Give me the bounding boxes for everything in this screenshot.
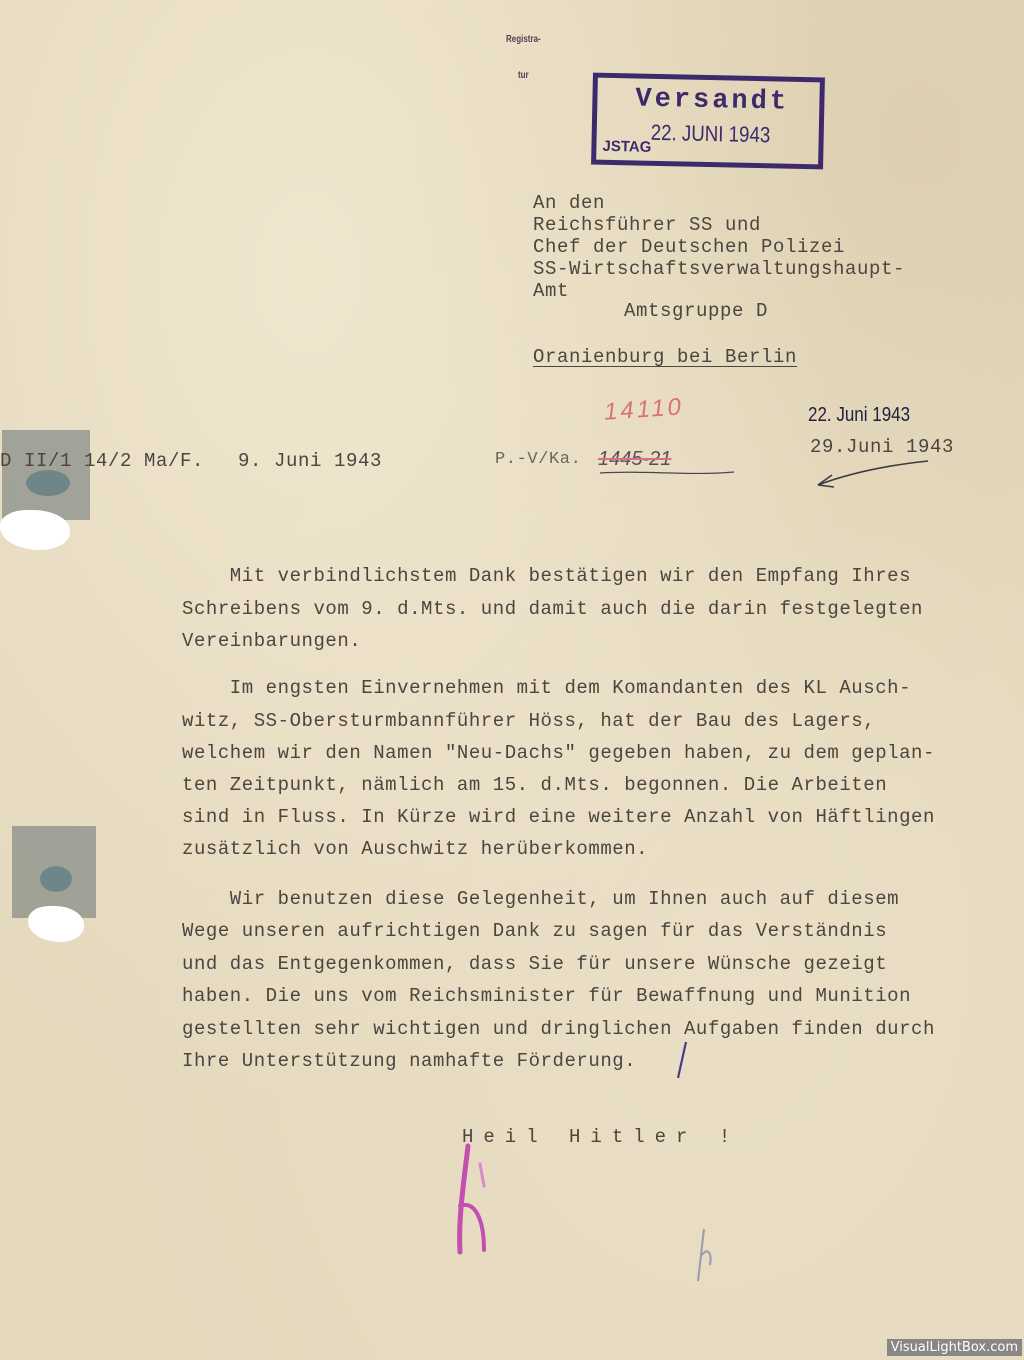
registratur-stamp: Registra- tur: [506, 10, 541, 94]
registratur-line-2: tur: [506, 70, 541, 82]
body-line: gestellten sehr wichtigen und dringliche…: [182, 1018, 935, 1040]
recipient-line: SS-Wirtschaftsverwaltungshaupt-: [533, 258, 905, 280]
recipient-department: Amtsgruppe D: [624, 300, 768, 322]
their-date: 9. Juni 1943: [238, 450, 382, 472]
recipient-line: An den: [533, 192, 605, 214]
stamp-code: JSTAG: [602, 138, 651, 156]
body-line: ten Zeitpunkt, nämlich am 15. d.Mts. beg…: [182, 774, 887, 796]
paper-hole: [0, 510, 70, 550]
body-line: Im engsten Einvernehmen mit dem Komandan…: [182, 677, 911, 699]
body-line: haben. Die uns vom Reichsminister für Be…: [182, 985, 911, 1007]
gray-pencil-mark-icon: [690, 1225, 720, 1285]
versandt-stamp: Versandt 22. JUNI 1943 JSTAG: [591, 73, 825, 170]
body-line: welchem wir den Namen "Neu-Dachs" gegebe…: [182, 742, 935, 764]
stain-spot: [26, 470, 70, 496]
arrow-annotation-icon: [810, 455, 930, 495]
reference-underline-icon: [598, 468, 738, 478]
body-line: witz, SS-Obersturmbannführer Höss, hat d…: [182, 710, 875, 732]
pink-pencil-mark-icon: [440, 1140, 520, 1260]
stamp-date: 22. JUNI 1943: [650, 120, 770, 148]
registratur-line-1: Registra-: [506, 34, 541, 46]
body-line: und das Entgegenkommen, dass Sie für uns…: [182, 953, 887, 975]
body-line: Ihre Unterstützung namhafte Förderung.: [182, 1050, 636, 1072]
body-line: Wege unseren aufrichtigen Dank zu sagen …: [182, 920, 887, 942]
paper-hole: [28, 906, 84, 942]
body-line: Wir benutzen diese Gelegenheit, um Ihnen…: [182, 888, 899, 910]
stain-spot: [40, 866, 72, 892]
watermark: VisualLightBox.com: [887, 1339, 1022, 1356]
recipient-line: Chef der Deutschen Polizei: [533, 236, 845, 258]
body-line: Mit verbindlichstem Dank bestätigen wir …: [182, 565, 911, 587]
recipient-line: Amt: [533, 280, 569, 302]
purple-slash-mark-icon: [672, 1040, 692, 1080]
recipient-location: Oranienburg bei Berlin: [533, 346, 797, 368]
body-line: zusätzlich von Auschwitz herüberkommen.: [182, 838, 648, 860]
red-annotation: 14110: [603, 393, 685, 427]
received-stamp: 22. Juni 1943: [808, 404, 910, 427]
our-reference-prefix: P.-V/Ka.: [495, 450, 581, 469]
body-line: sind in Fluss. In Kürze wird eine weiter…: [182, 806, 935, 828]
body-line: Vereinbarungen.: [182, 630, 361, 652]
stamp-title: Versandt: [635, 84, 789, 117]
recipient-line: Reichsführer SS und: [533, 214, 761, 236]
their-reference: D II/1 14/2 Ma/F.: [0, 450, 204, 472]
body-line: Schreibens vom 9. d.Mts. und damit auch …: [182, 598, 923, 620]
